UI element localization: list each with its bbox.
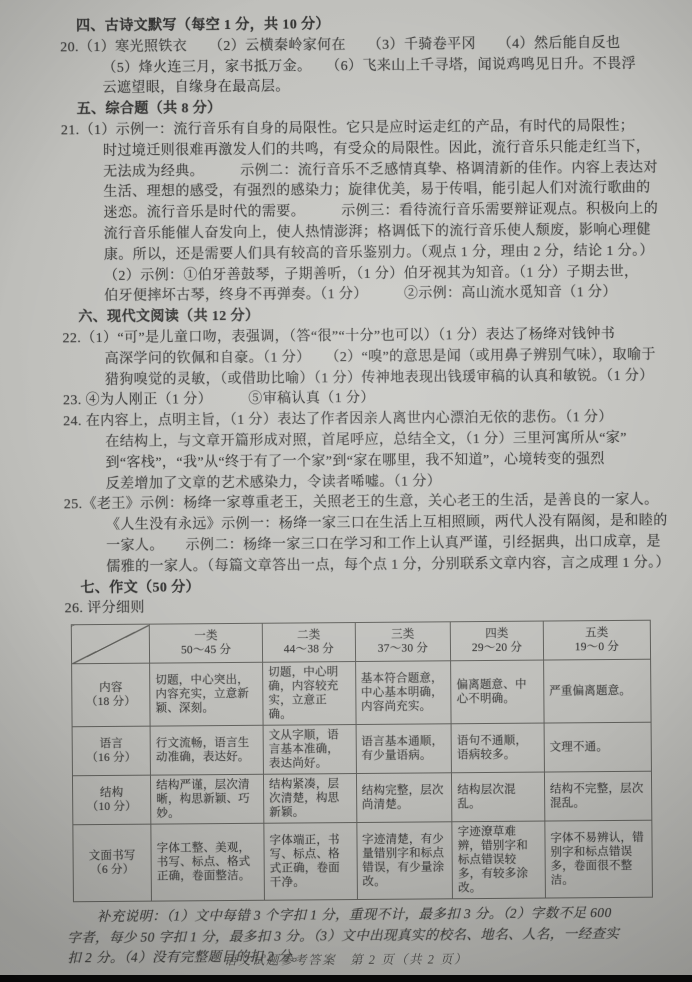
- rubric-row-label: 文面书写（6 分）: [73, 824, 152, 902]
- rubric-cell: 字迹清楚，有少量错别字和标点错误，有少量涂改。: [357, 822, 453, 900]
- rubric-cell: 语句不通顺，语病较多。: [451, 723, 544, 773]
- rubric-cell: 字迹潦草难辨，错别字和标点错误较多，有较多涂改。: [452, 821, 545, 899]
- rubric-row-score: （6 分）: [79, 863, 146, 878]
- rubric-row-name: 内容: [77, 681, 144, 696]
- rubric-cell: 文理不通。: [544, 722, 652, 772]
- rubric-col-range: 50～45 分: [154, 643, 258, 658]
- rubric-row-score: （16 分）: [78, 751, 145, 766]
- rubric-row-name: 文面书写: [79, 849, 146, 864]
- rubric-cell: 基本符合题意，中心基本明确，内容尚充实。: [355, 661, 451, 725]
- rubric-cell: 严重偏离题意。: [543, 659, 651, 723]
- rubric-row-label: 语言（16 分）: [72, 726, 151, 776]
- text-line: 儒雅的一家人。（每篇文章答出一点，每个点 1 分，分别联系文章内容，言之成理 1…: [106, 553, 656, 578]
- rubric-col-name: 五类: [548, 626, 646, 641]
- rubric-cell: 文从字顺，语言基本准确，表达尚好。: [263, 725, 356, 775]
- answer-lines: 四、古诗文默写（每空 1 分，共 10 分）20.（1）寒光照铁衣 （2）云横秦…: [60, 13, 657, 621]
- text-line: 到“客栈”，“我”从“终于有了一个家”到“家在哪里，我不知道”，心境转变的强烈: [105, 449, 655, 474]
- rubric-cell: 字体工整、美观，书写、标点、格式正确，卷面整洁。: [151, 823, 264, 901]
- rubric-cell: 结构不完整，层次混乱。: [544, 771, 652, 821]
- rubric-row: 语言（16 分）行文流畅，语言生动准确，表达好。文从字顺，语言基本准确，表达尚好…: [72, 722, 651, 776]
- rubric-col-range: 44～38 分: [267, 642, 351, 657]
- rubric-cell: 结构严谨，层次清晰，构思新颖、巧妙。: [151, 774, 264, 824]
- page-content: 四、古诗文默写（每空 1 分，共 10 分）20.（1）寒光照铁衣 （2）云横秦…: [60, 13, 659, 969]
- rubric-row-label: 内容（18 分）: [72, 663, 151, 727]
- rubric-col-header: 二类44～38 分: [262, 623, 355, 663]
- rubric-col-header: 四类29～20 分: [450, 621, 543, 661]
- rubric-cell: 结构层次混乱。: [452, 772, 545, 822]
- rubric-cell: 偏离题意、中心不明确。: [451, 660, 544, 724]
- rubric-row-score: （10 分）: [78, 800, 145, 815]
- rubric-cell: 结构完整，层次尚清楚。: [356, 773, 452, 823]
- rubric-col-name: 一类: [154, 629, 258, 644]
- photo-bottom-edge: [0, 975, 692, 982]
- rubric-col-range: 19～0 分: [548, 640, 646, 655]
- rubric-row: 文面书写（6 分）字体工整、美观，书写、标点、格式正确，卷面整洁。字体端正，书写…: [73, 820, 653, 902]
- rubric-cell: 切题，中心明确，内容较充实，立意正确。: [263, 662, 356, 726]
- rubric-table: 一类50～45 分二类44～38 分三类37～30 分四类29～20 分五类19…: [71, 620, 653, 903]
- rubric-cell: 语言基本通顺，有少量语病。: [356, 724, 452, 774]
- rubric-row-name: 语言: [78, 737, 145, 752]
- rubric-col-range: 37～30 分: [360, 641, 447, 656]
- rubric-diagonal-cell: [71, 624, 149, 664]
- rubric-col-header: 三类37～30 分: [355, 622, 451, 662]
- rubric-col-header: 一类50～45 分: [149, 623, 262, 663]
- rubric-cell: 行文流畅，语言生动准确，表达好。: [150, 725, 263, 775]
- rubric-col-range: 29～20 分: [455, 641, 539, 656]
- rubric-cell: 字体端正，书写、标点、格式正确，卷面干净。: [264, 823, 357, 901]
- rubric-cell: 切题，中心突出，内容充实，立意新颖、深刻。: [150, 662, 263, 726]
- scanned-answer-sheet-page: 四、古诗文默写（每空 1 分，共 10 分）20.（1）寒光照铁衣 （2）云横秦…: [0, 0, 692, 982]
- rubric-col-name: 四类: [455, 627, 539, 642]
- rubric-col-header: 五类19～0 分: [543, 620, 650, 660]
- rubric-header-row: 一类50～45 分二类44～38 分三类37～30 分四类29～20 分五类19…: [71, 620, 650, 664]
- rubric-row: 结构（10 分）结构严谨，层次清晰，构思新颖、巧妙。结构紧凑，层次清楚，构思新颖…: [72, 771, 651, 825]
- rubric-row-name: 结构: [78, 786, 145, 801]
- rubric-row: 内容（18 分）切题，中心突出，内容充实，立意新颖、深刻。切题，中心明确，内容较…: [72, 659, 651, 727]
- rubric-row-label: 结构（10 分）: [72, 775, 151, 825]
- page-footer: 语文试题参考答案 第 2 页（共 2 页）: [0, 948, 692, 970]
- rubric-col-name: 三类: [359, 627, 446, 642]
- rubric-body: 内容（18 分）切题，中心突出，内容充实，立意新颖、深刻。切题，中心明确，内容较…: [72, 659, 653, 902]
- rubric-row-score: （18 分）: [77, 695, 144, 710]
- text-line: 26. 评分细则: [65, 595, 657, 620]
- rubric-cell: 字体不易辨认，错别字和标点错误多，卷面很不整洁。: [545, 820, 653, 898]
- rubric-col-name: 二类: [267, 628, 351, 643]
- rubric-cell: 结构紧凑，层次清楚，构思新颖。: [264, 774, 357, 824]
